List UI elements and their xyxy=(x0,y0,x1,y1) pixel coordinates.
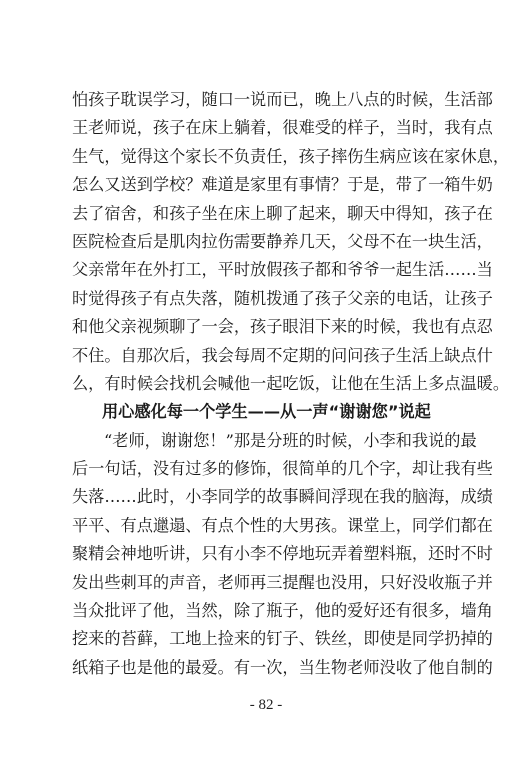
document-page: 怕孩子耽误学习，随口一说而已，晚上八点的时候，生活部 王老师说，孩子在床上躺着，… xyxy=(0,0,532,768)
text-line: 挖来的苔藓，工地上捡来的钉子、铁丝，即使是同学扔掉的 xyxy=(72,625,462,653)
text-line: 怎么又送到学校？难道是家里有事情？于是，带了一箱牛奶 xyxy=(72,171,462,199)
text-line: 后一句话，没有过多的修饰，很简单的几个字，却让我有些 xyxy=(72,455,462,483)
text-line: 失落……此时，小李同学的故事瞬间浮现在我的脑海，成绩 xyxy=(72,483,462,511)
text-line: “老师，谢谢您！”那是分班的时候，小李和我说的最 xyxy=(72,427,462,455)
page-number: - 82 - xyxy=(0,697,532,714)
text-line: 么，有时候会找机会喊他一起吃饭，让他在生活上多点温暖。 xyxy=(72,370,462,398)
body-text: 怕孩子耽误学习，随口一说而已，晚上八点的时候，生活部 王老师说，孩子在床上躺着，… xyxy=(72,86,462,682)
text-line: 纸箱子也是他的最爱。有一次，当生物老师没收了他自制的 xyxy=(72,654,462,682)
text-line: 生气，觉得这个家长不负责任，孩子摔伤生病应该在家休息， xyxy=(72,143,462,171)
text-line: 聚精会神地听讲，只有小李不停地玩弄着塑料瓶，还时不时 xyxy=(72,540,462,568)
text-line: 和他父亲视频聊了一会，孩子眼泪下来的时候，我也有点忍 xyxy=(72,313,462,341)
text-line: 去了宿舍，和孩子坐在床上聊了起来，聊天中得知，孩子在 xyxy=(72,200,462,228)
text-line: 父亲常年在外打工，平时放假孩子都和爷爷一起生活……当 xyxy=(72,256,462,284)
text-line: 当众批评了他，当然，除了瓶子，他的爱好还有很多，墙角 xyxy=(72,597,462,625)
text-line: 王老师说，孩子在床上躺着，很难受的样子，当时，我有点 xyxy=(72,114,462,142)
text-line: 怕孩子耽误学习，随口一说而已，晚上八点的时候，生活部 xyxy=(72,86,462,114)
text-line: 发出些刺耳的声音，老师再三提醒也没用，只好没收瓶子并 xyxy=(72,569,462,597)
text-line: 不住。自那次后，我会每周不定期的问问孩子生活上缺点什 xyxy=(72,342,462,370)
text-line: 平平、有点邋遢、有点个性的大男孩。课堂上，同学们都在 xyxy=(72,512,462,540)
text-line: 时觉得孩子有点失落，随机拨通了孩子父亲的电话，让孩子 xyxy=(72,285,462,313)
section-heading: 用心感化每一个学生——从一声“谢谢您”说起 xyxy=(72,398,424,426)
text-line: 医院检查后是肌肉拉伤需要静养几天，父母不在一块生活， xyxy=(72,228,462,256)
